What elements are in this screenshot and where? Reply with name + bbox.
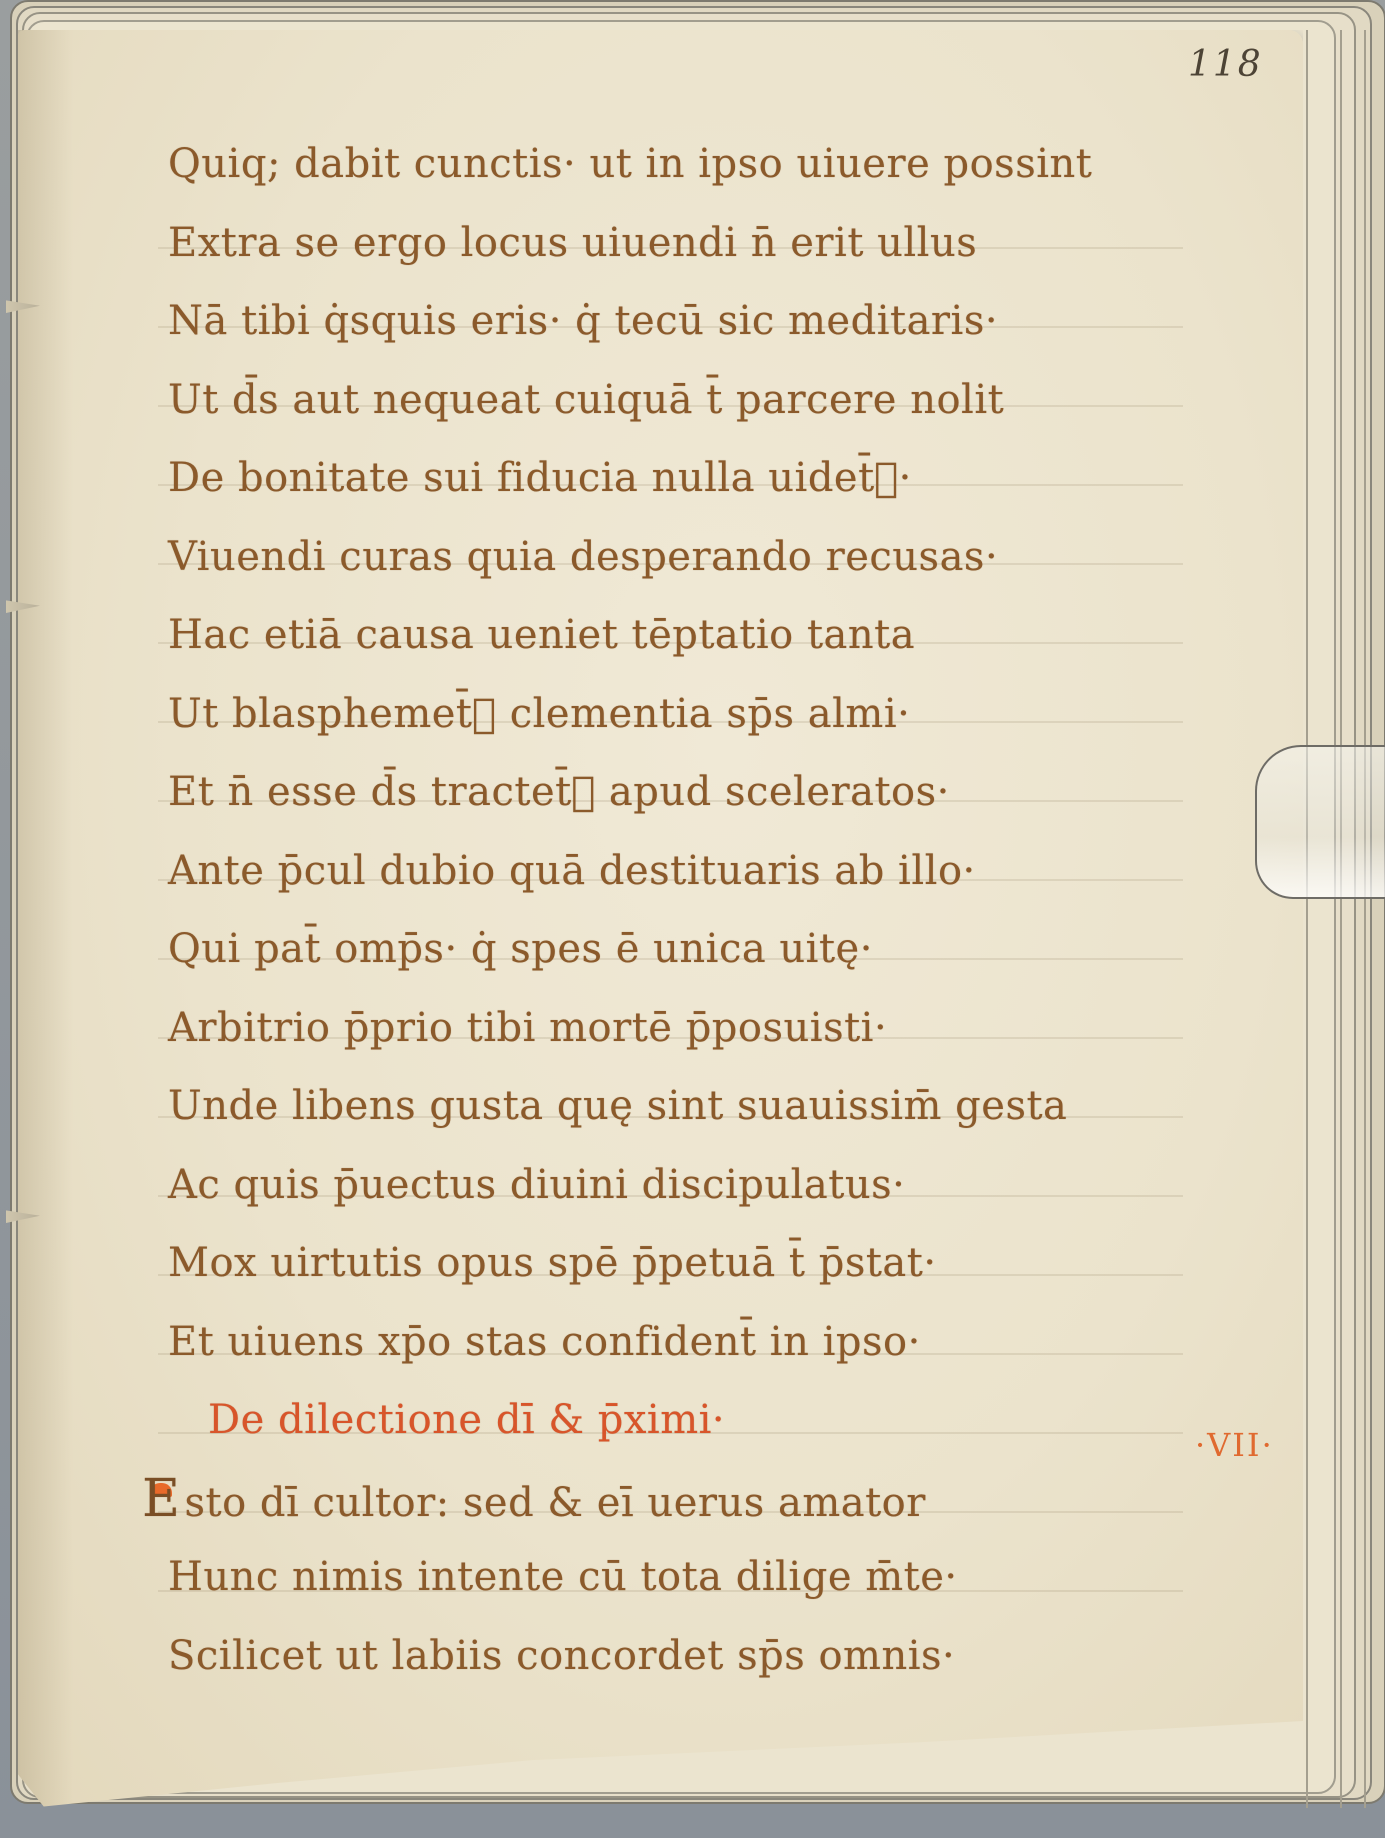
verse-line-12: Arbitrio p̄prio tibi mortē p̄posuisti· (168, 998, 1168, 1077)
verse-line-9: Et n̄ esse d̄s tractet̄ᷓ apud sceleratos… (168, 762, 1168, 841)
verse-line-13: Unde libens gusta quę sint suauissim̄ ge… (168, 1076, 1168, 1155)
rubric-heading: De dilectione dī & p̄ximi· (168, 1390, 1168, 1469)
manuscript-text-block: Quiq; dabit cunctis· ut in ipso uiuere p… (168, 134, 1168, 1704)
verse-line-4: Ut d̄s aut nequeat cuiquā t̄ parcere nol… (168, 370, 1168, 449)
page-clip (1255, 745, 1385, 899)
verse-line-1: Quiq; dabit cunctis· ut in ipso uiuere p… (168, 134, 1168, 213)
verse-line-6: Viuendi curas quia desperando recusas· (168, 527, 1168, 606)
section-first-line: Esto dī cultor: sed & eī uerus amator (168, 1469, 1168, 1548)
verse-line-14: Ac quis p̄uectus diuini discipulatus· (168, 1155, 1168, 1234)
folio-number: 118 (1188, 44, 1263, 85)
verse-line-3: Nā tibi q̇squis eris· q̇ tecū sic medita… (168, 291, 1168, 370)
verse-line-5: De bonitate sui fiducia nulla uidet̄ᷓ· (168, 448, 1168, 527)
verse-line-16: Et uiuens xp̄o stas confident̄ in ipso· (168, 1312, 1168, 1391)
section-first-line-text: sto dī cultor: sed & eī uerus amator (184, 1480, 925, 1526)
page-edge-line (1340, 30, 1342, 1808)
decorated-initial: E (142, 1469, 180, 1529)
verse-line-7: Hac etiā causa ueniet tēptatio tanta (168, 605, 1168, 684)
page-edge-line (1306, 30, 1308, 1808)
section-number: ·VII· (1195, 1426, 1274, 1464)
section-line-3: Scilicet ut labiis concordet sp̄s omnis· (168, 1626, 1168, 1705)
page-edge-line (1364, 30, 1366, 1808)
verse-line-15: Mox uirtutis opus spē p̄petuā t̄ p̄stat· (168, 1233, 1168, 1312)
section-line-2: Hunc nimis intente cū tota dilige m̄te· (168, 1547, 1168, 1626)
verse-line-11: Qui pat̄ omp̄s· q̇ spes ē unica uitę· (168, 919, 1168, 998)
verse-line-10: Ante p̄cul dubio quā destituaris ab illo… (168, 841, 1168, 920)
verse-line-2: Extra se ergo locus uiuendi n̄ erit ullu… (168, 213, 1168, 292)
verse-line-8: Ut blasphemet̄ᷓ clementia sp̄s almi· (168, 684, 1168, 763)
